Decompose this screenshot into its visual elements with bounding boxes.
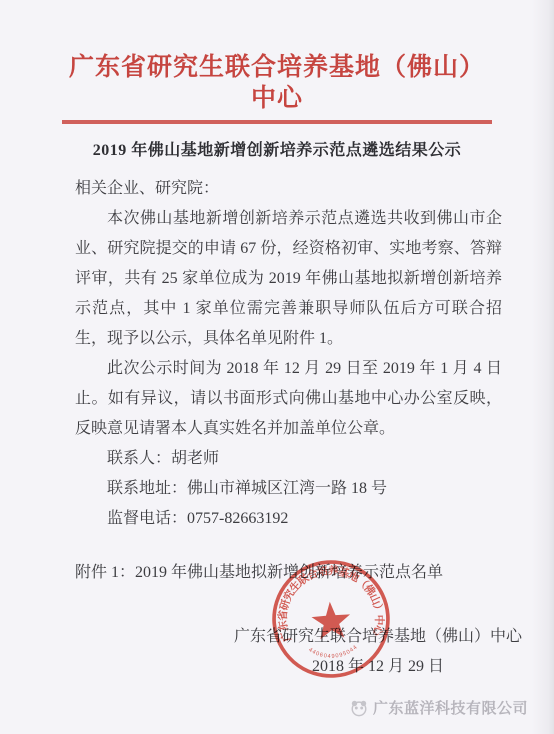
seal-serial-number: 4406049095044	[307, 644, 360, 662]
svg-text:4406049095044: 4406049095044	[307, 644, 360, 662]
notice-title: 2019 年佛山基地新增创新培养示范点遴选结果公示	[0, 137, 554, 160]
paragraph-2: 此次公示时间为 2018 年 12 月 29 日至 2019 年 1 月 4 日…	[75, 354, 502, 444]
star-icon	[311, 600, 352, 639]
signature-block: 广东省研究生联合培养基地（佛山）中心 2018 年 12 月 29 日	[0, 622, 522, 682]
scanned-notice-page: 广东省研究生联合培养基地（佛山）中心 2019 年佛山基地新增创新培养示范点遴选…	[0, 0, 554, 734]
contact-address: 联系地址：佛山市禅城区江湾一路 18 号	[75, 474, 502, 504]
company-watermark: 广东蓝洋科技有限公司	[350, 697, 528, 718]
watermark-text: 广东蓝洋科技有限公司	[373, 697, 528, 718]
contact-person: 联系人：胡老师	[75, 444, 502, 474]
official-seal-stamp: 广东省研究生联合培养基地（佛山）中心 4406049095044	[266, 554, 396, 684]
letterhead-org-title: 广东省研究生联合培养基地（佛山）中心	[62, 52, 492, 124]
contact-phone: 监督电话：0757-82663192	[75, 504, 502, 534]
notice-body: 相关企业、研究院： 本次佛山基地新增创新培养示范点遴选共收到佛山市企业、研究院提…	[75, 174, 502, 534]
paragraph-1: 本次佛山基地新增创新培养示范点遴选共收到佛山市企业、研究院提交的申请 67 份，…	[75, 204, 502, 354]
salutation: 相关企业、研究院：	[75, 174, 502, 204]
company-logo-icon	[350, 699, 368, 717]
